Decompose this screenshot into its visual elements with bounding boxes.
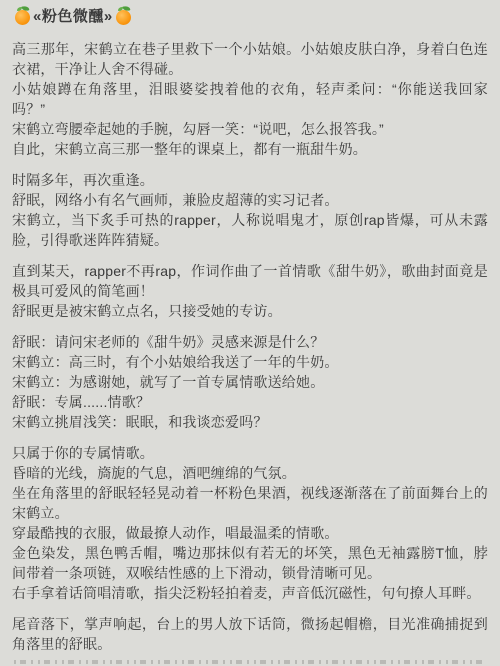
cutoff-text-line <box>14 660 486 664</box>
tangerine-emoji-icon <box>15 10 30 25</box>
story-paragraph: 金色染发，黑色鸭舌帽，嘴边那抹似有若无的坏笑，黑色无袖露膀T恤，脖间带着一条项链… <box>12 543 488 583</box>
story-paragraph: 舒眠，网络小有名气画师，兼脸皮超薄的实习记者。 <box>12 190 488 210</box>
story-paragraph: 时隔多年，再次重逢。 <box>12 170 488 190</box>
story-paragraph: 尾音落下，掌声响起，台上的男人放下话筒，微扬起帽檐，目光准确捕捉到角落里的舒眠。 <box>12 614 488 654</box>
story-section-song: 直到某天，rapper不再rap，作词作曲了一首情歌《甜牛奶》，歌曲封面竟是极具… <box>12 261 488 321</box>
story-paragraph: 宋鹤立：为感谢她，就写了一首专属情歌送给她。 <box>12 372 488 392</box>
story-paragraph: 昏暗的光线，旖旎的气息，酒吧缠绵的气氛。 <box>12 463 488 483</box>
story-title-text: «粉色微醺» <box>33 6 113 28</box>
story-paragraph: 宋鹤立：高三时，有个小姑娘给我送了一年的牛奶。 <box>12 352 488 372</box>
story-section-interview: 舒眠：请问宋老师的《甜牛奶》灵感来源是什么？ 宋鹤立：高三时，有个小姑娘给我送了… <box>12 332 488 432</box>
story-paragraph: 舒眠：专属......情歌？ <box>12 392 488 412</box>
story-paragraph: 舒眠：请问宋老师的《甜牛奶》灵感来源是什么？ <box>12 332 488 352</box>
story-title: «粉色微醺» <box>12 6 488 28</box>
story-paragraph: 宋鹤立，当下炙手可热的rapper，人称说唱鬼才，原创rap皆爆，可从未露脸，引… <box>12 210 488 250</box>
story-paragraph: 宋鹤立弯腰牵起她的手腕，勾唇一笑：“说吧，怎么报答我。” <box>12 119 488 139</box>
story-paragraph: 只属于你的专属情歌。 <box>12 443 488 463</box>
story-paragraph: 自此，宋鹤立高三那一整年的课桌上，都有一瓶甜牛奶。 <box>12 139 488 159</box>
story-section-intro: 高三那年，宋鹤立在巷子里救下一个小姑娘。小姑娘皮肤白净，身着白色连衣裙，干净让人… <box>12 39 488 159</box>
story-page: «粉色微醺» 高三那年，宋鹤立在巷子里救下一个小姑娘。小姑娘皮肤白净，身着白色连… <box>0 0 500 666</box>
story-paragraph: 坐在角落里的舒眠轻轻晃动着一杯粉色果酒，视线逐渐落在了前面舞台上的宋鹤立。 <box>12 483 488 523</box>
story-paragraph: 穿最酷拽的衣服，做最撩人动作，唱最温柔的情歌。 <box>12 523 488 543</box>
story-section-reunion: 时隔多年，再次重逢。 舒眠，网络小有名气画师，兼脸皮超薄的实习记者。 宋鹤立，当… <box>12 170 488 250</box>
story-paragraph: 直到某天，rapper不再rap，作词作曲了一首情歌《甜牛奶》，歌曲封面竟是极具… <box>12 261 488 301</box>
story-section-ending: 尾音落下，掌声响起，台上的男人放下话筒，微扬起帽檐，目光准确捕捉到角落里的舒眠。 <box>12 614 488 654</box>
story-paragraph: 舒眠更是被宋鹤立点名，只接受她的专访。 <box>12 301 488 321</box>
story-paragraph: 宋鹤立挑眉浅笑：眠眠，和我谈恋爱吗？ <box>12 412 488 432</box>
story-paragraph: 右手拿着话筒唱清歌，指尖泛粉轻拍着麦，声音低沉磁性，句句撩人耳畔。 <box>12 583 488 603</box>
story-paragraph: 小姑娘蹲在角落里，泪眼婆娑拽着他的衣角，轻声柔问：“你能送我回家吗？” <box>12 79 488 119</box>
story-section-bar: 只属于你的专属情歌。 昏暗的光线，旖旎的气息，酒吧缠绵的气氛。 坐在角落里的舒眠… <box>12 443 488 603</box>
tangerine-emoji-icon <box>116 10 131 25</box>
story-paragraph: 高三那年，宋鹤立在巷子里救下一个小姑娘。小姑娘皮肤白净，身着白色连衣裙，干净让人… <box>12 39 488 79</box>
